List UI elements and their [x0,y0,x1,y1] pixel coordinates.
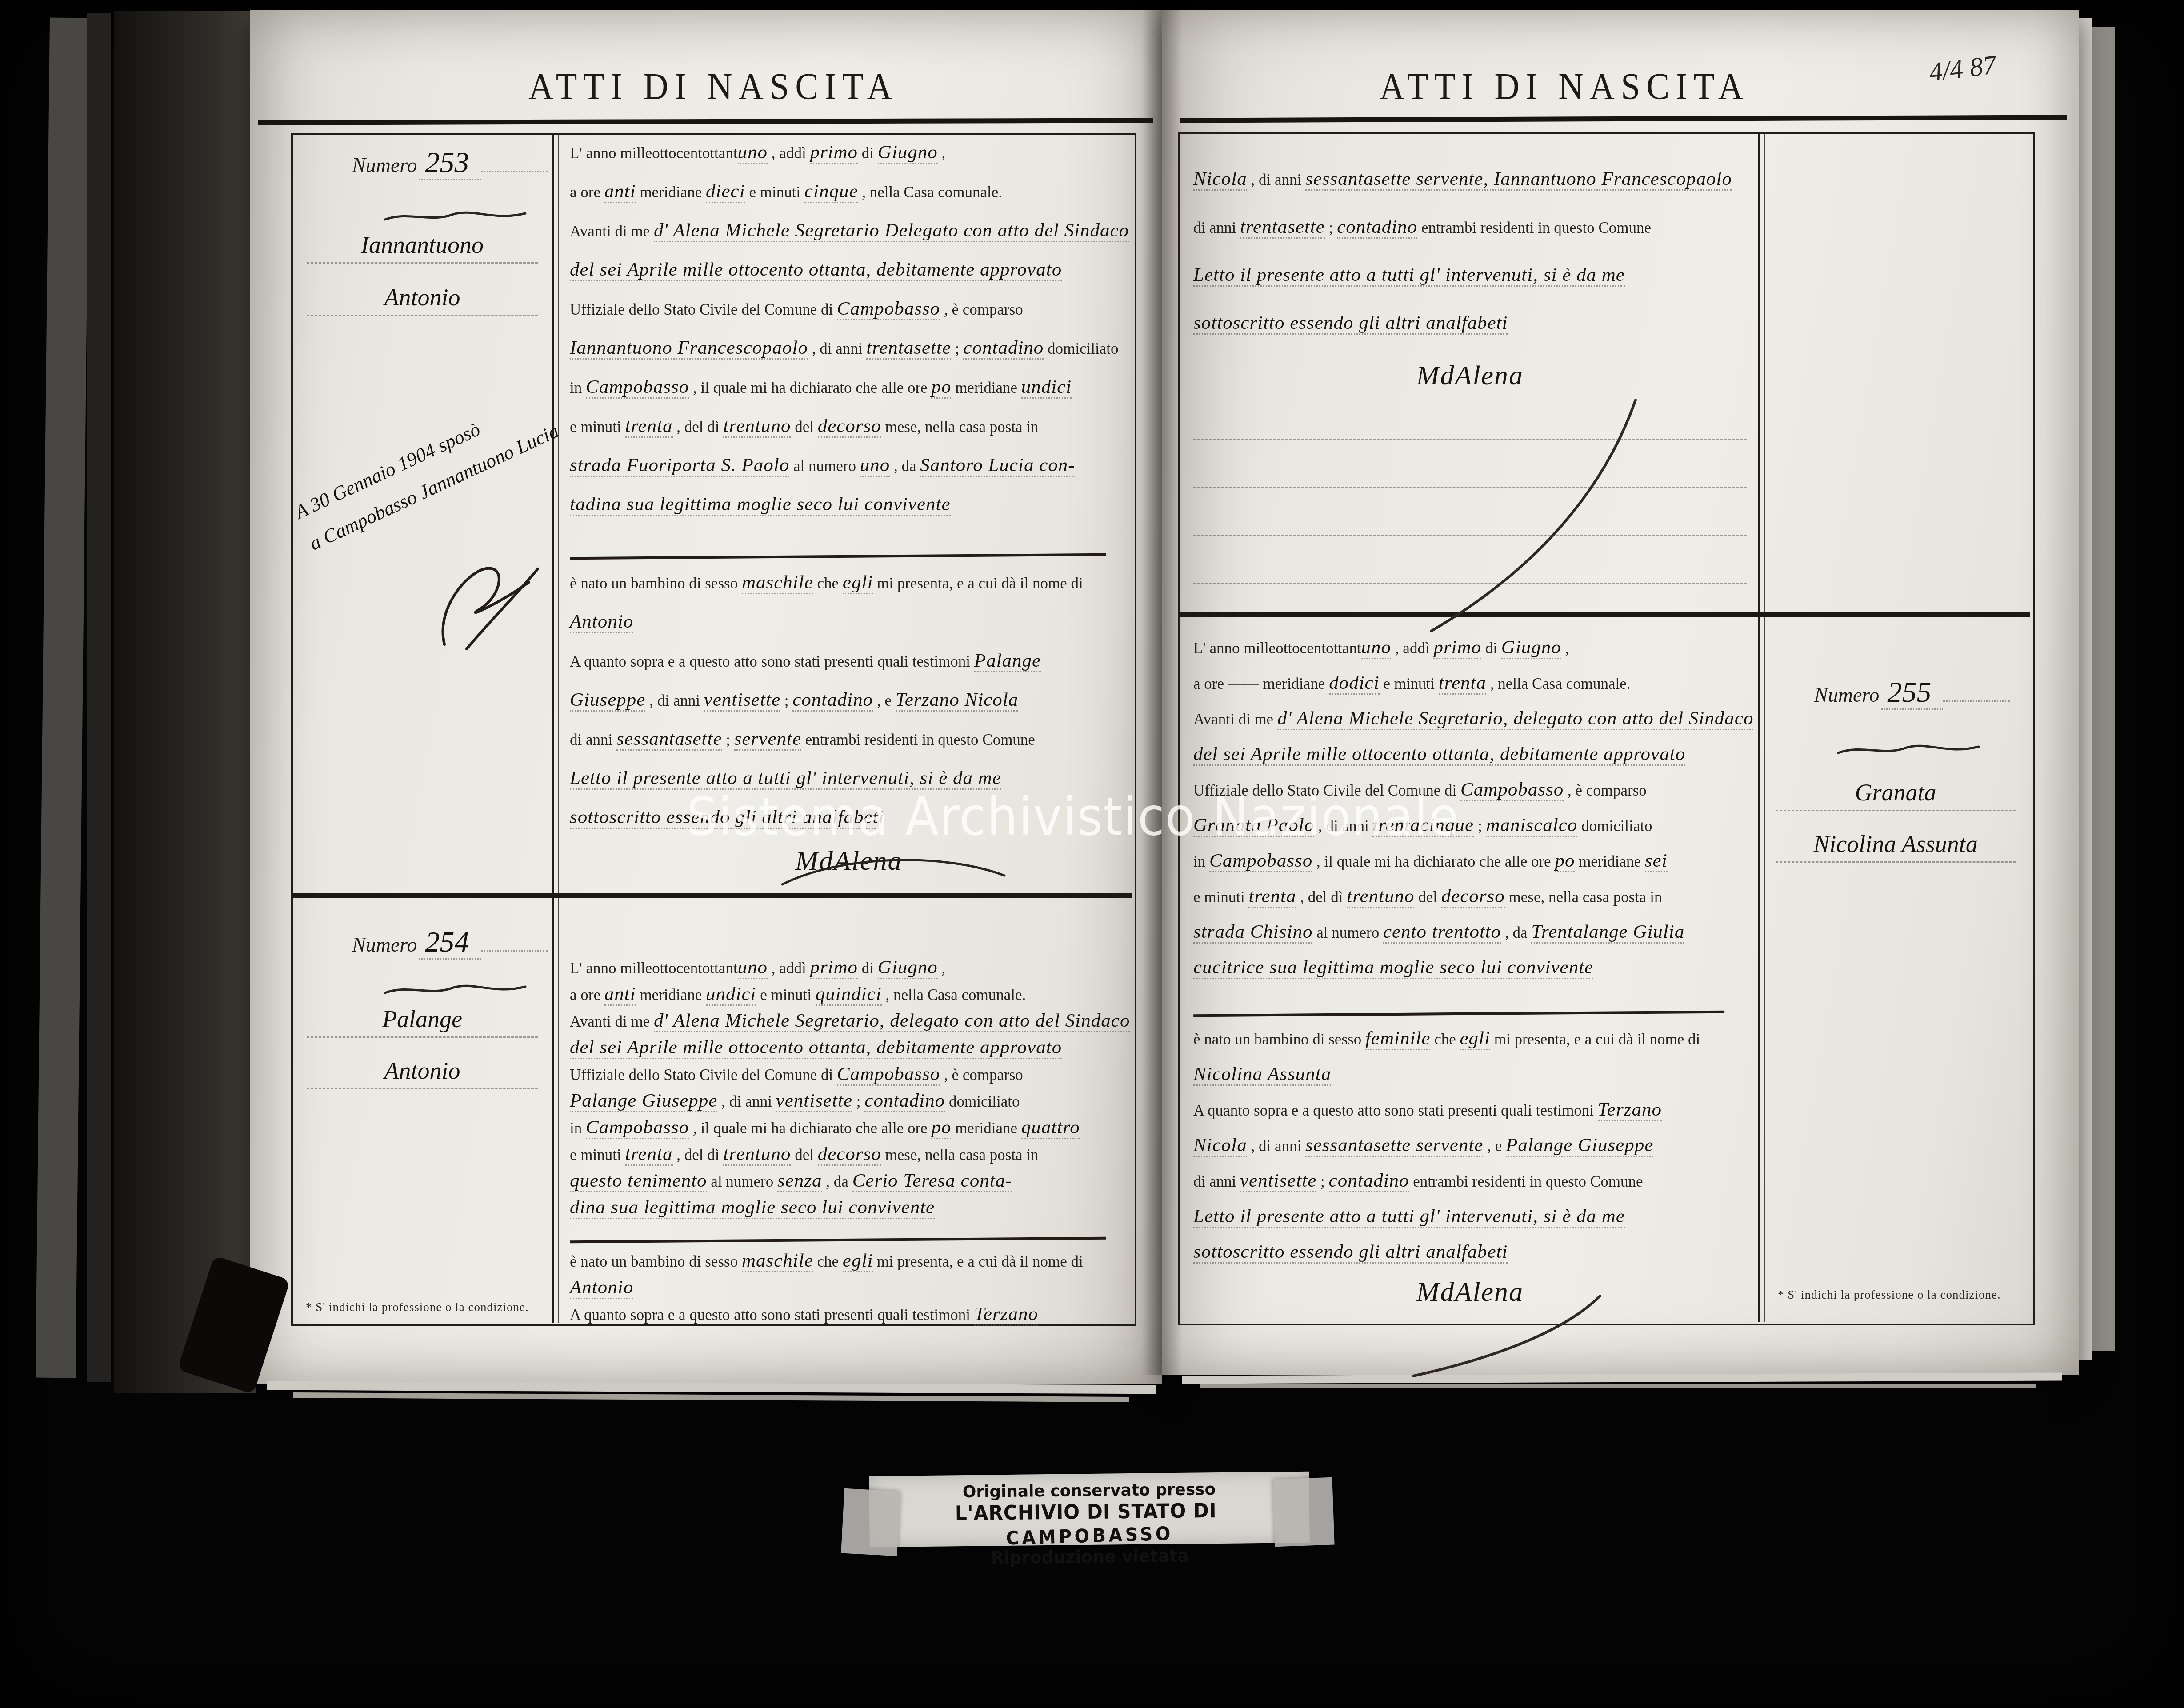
numero-label: Numero [1814,684,1880,706]
printed-form-text: mi presenta, e a cui dà il nome di [873,1253,1083,1270]
printed-form-text: del [791,1146,817,1164]
handwritten-entry: anti [604,181,636,203]
printed-form-text: , [1561,640,1569,657]
tape-piece [1272,1477,1334,1547]
form-line: L' anno milleottocentottantuno , addì pr… [570,141,1128,180]
margin-surname: Iannantuono [307,231,538,264]
printed-form-text: , addì [768,144,810,162]
handwritten-entry: maniscalco [1486,815,1577,837]
printed-form-text: domiciliato [1577,817,1652,835]
handwritten-entry: ventisette [776,1090,852,1112]
printed-form-text: meridiane [636,986,706,1004]
signature-swash [778,844,1009,893]
act-number-row: Numero 254 [352,925,548,959]
printed-form-text: è nato un bambino di sesso [570,575,742,592]
printed-form-text: e minuti [756,986,816,1004]
form-line: cucitrice sua legittima moglie seco lui … [1193,956,1747,992]
handwritten-entry: trentuno [1347,886,1414,908]
handwritten-entry: Campobasso [837,298,940,320]
form-line: di anni sessantasette ; servente entramb… [570,728,1128,767]
handwritten-entry: ventisette [1240,1170,1316,1192]
register-scan: ATTI DI NASCITA ATTI DI NASCITA 4/4 87 N… [0,0,2184,1708]
act-number-row: Numero 253 [352,146,548,180]
handwritten-entry: dina sua legittima moglie seco lui convi… [570,1197,935,1219]
form-line: A quanto sopra e a questo atto sono stat… [570,1303,1128,1330]
printed-form-text: , è comparso [1564,782,1647,799]
handwritten-entry: dieci [706,181,745,203]
handwritten-entry: Letto il presente atto a tutti gl' inter… [1193,1206,1625,1228]
handwritten-entry: dodici [1329,672,1379,695]
printed-form-text: Avanti di me [570,223,654,240]
handwritten-entry: d' Alena Michele Segretario, delegato co… [654,1010,1130,1032]
handwritten-entry: Trentalange Giulia [1531,921,1684,944]
handwritten-entry: maschile [742,1250,813,1272]
printed-form-text: mi presenta, e a cui dà il nome di [873,575,1083,592]
strike-flourish [570,531,1106,560]
page-edge-stack-right [2079,18,2092,1360]
printed-form-text: entrambi residenti in questo Comune [801,731,1035,748]
handwritten-entry: decorso [818,416,881,438]
handwritten-entry: Terzano Nicola [896,689,1018,712]
printed-form-text: ; [951,340,963,357]
handwritten-entry: del sei Aprile mille ottocento ottanta, … [570,1037,1062,1059]
form-line [1193,992,1747,1028]
printed-form-text: al numero [789,457,860,475]
printed-form-text: , da [890,457,920,475]
printed-form-text: meridiane [1575,853,1644,870]
handwritten-entry: Giugno [1501,637,1561,659]
handwritten-entry: trentasette [866,337,951,360]
handwritten-entry: egli [843,572,873,594]
printed-form-text: , [938,144,946,162]
printed-form-text: al numero [707,1173,777,1190]
printed-form-text: , e [1483,1137,1506,1155]
handwritten-entry: primo [1433,637,1481,659]
form-line: a ore anti meridiane undici e minuti qui… [570,983,1128,1010]
form-line: tadina sua legittima moglie seco lui con… [570,493,1128,532]
printed-form-text: , di anni [1247,171,1305,188]
handwritten-entry: undici [1021,376,1072,399]
printed-form-text: è nato un bambino di sesso [1193,1031,1365,1048]
handwritten-entry: trenta [625,1144,672,1166]
printed-form-text: del [1414,888,1441,906]
handwritten-entry: uno [1361,637,1392,659]
form-line: Avanti di me d' Alena Michele Segretario… [570,220,1128,259]
handwritten-entry: trentuno [723,1144,791,1166]
printed-form-text: mi presenta, e a cui dà il nome di [1490,1031,1700,1048]
form-line: è nato un bambino di sesso maschile che … [570,1250,1128,1276]
handwritten-entry: trenta [1439,672,1486,695]
page-edge-stack-left [87,13,111,1382]
handwritten-entry: uno [738,142,768,164]
printed-form-text: che [813,1253,843,1270]
printed-form-text: , di anni [717,1093,776,1110]
form-line: Palange Giuseppe , di anni ventisette ; … [570,1090,1128,1116]
handwritten-entry: sessantasette [616,728,722,751]
printed-form-text: A quanto sopra e a questo atto sono stat… [570,653,974,670]
printed-form-text: meridiane [951,1120,1021,1137]
numero-label: Numero [352,933,417,956]
margin-given-name: Antonio [307,284,538,316]
handwritten-entry: Terzano [974,1304,1038,1326]
handwritten-entry: trenta [1248,886,1296,908]
handwritten-entry: quattro [1021,1117,1080,1139]
form-line: Nicolina Assunta [1193,1063,1747,1099]
margin-surname: Granata [1776,779,2016,811]
printed-form-text: di anni [1193,219,1240,236]
printed-form-text: , di anni [645,692,704,709]
form-line: di anni ventisette ; contadino entrambi … [1193,1170,1747,1205]
printed-form-text: , [938,960,946,977]
label-line: Riproduzione vietata [876,1545,1304,1569]
form-line [570,532,1128,572]
printed-form-text: mese, nella casa posta in [881,418,1039,436]
printed-form-text: A quanto sopra e a questo atto sono stat… [570,1306,974,1324]
archive-label: Originale conservato presso L'ARCHIVIO D… [869,1472,1310,1547]
form-line: Letto il presente atto a tutti gl' inter… [1193,1205,1747,1241]
act-divider-left-page [292,893,1132,898]
handwritten-entry: Nicola [1193,168,1247,191]
handwritten-entry: anti [604,984,636,1006]
printed-form-text: Avanti di me [570,1013,654,1030]
printed-form-text: di anni [1193,1173,1240,1190]
printed-form-text: che [1430,1031,1460,1048]
handwritten-entry: uno [860,455,890,477]
printed-form-text: , e [873,692,896,709]
handwritten-entry: d' Alena Michele Segretario, delegato co… [1277,708,1753,730]
flourish-divider [1836,741,1982,761]
label-printed: L'ARCHIVIO DI STATO DI [955,1499,1217,1525]
handwritten-entry: sessantasette servente, Iannantuono Fran… [1305,168,1732,191]
handwritten-entry: contadino [1329,1170,1409,1192]
annotation-signature-flourish [427,556,560,653]
form-line: in Campobasso , il quale mi ha dichiarat… [570,376,1128,415]
handwritten-entry: sei [1645,850,1668,872]
printed-form-text: ; [1316,1173,1328,1190]
printed-form-text: , il quale mi ha dichiarato che alle ore [689,1120,931,1137]
form-line: strada Chisino al numero cento trentotto… [1193,921,1747,956]
printed-form-text: al numero [1312,924,1383,941]
handwritten-entry: cucitrice sua legittima moglie seco lui … [1193,957,1593,979]
form-line: L' anno milleottocentottantuno , addì pr… [1193,636,1747,672]
printed-form-text: e minuti [570,418,625,436]
handwritten-entry: d' Alena Michele Segretario Delegato con… [654,220,1129,242]
handwritten-entry: ventisette [704,689,780,712]
printed-form-text: Avanti di me [1193,711,1277,728]
archive-watermark: Sistema Archivistico Nazionale [687,786,1460,847]
printed-form-text: ; [1325,219,1337,236]
printed-form-text: di anni [570,731,616,748]
form-line: Avanti di me d' Alena Michele Segretario… [1193,708,1747,743]
printed-form-text: meridiane [951,379,1021,396]
printed-form-text: in [570,379,586,396]
handwritten-entry: Palange Giuseppe [570,1090,717,1112]
printed-form-text: entrambi residenti in questo Comune [1417,219,1651,236]
handwritten-entry: contadino [963,337,1044,360]
form-line: strada Fuoriporta S. Paolo al numero uno… [570,454,1128,493]
printed-form-text: , il quale mi ha dichiarato che alle ore [1312,853,1555,870]
printed-form-text: , è comparso [940,1066,1023,1084]
book-cover-edge [114,11,256,1393]
printed-form-text: , del dì [1296,888,1347,906]
strike-flourish [1193,990,1725,1017]
handwritten-entry: po [931,376,951,399]
handwritten-entry: egli [843,1250,873,1272]
printed-form-text: , del dì [673,1146,724,1164]
handwritten-entry: po [931,1117,951,1139]
printed-form-text: , del dì [673,418,724,436]
printed-form-text: a ore —— meridiane [1193,675,1329,692]
form-line: Uffiziale dello Stato Civile del Comune … [570,1063,1128,1090]
form-line: questo tenimento al numero senza , da Ce… [570,1170,1128,1196]
form-line: Letto il presente atto a tutti gl' inter… [1193,264,1747,312]
column-divider-right-page [1758,132,1765,1322]
form-line: del sei Aprile mille ottocento ottanta, … [570,259,1128,298]
bottom-page-edges [293,1392,1129,1402]
handwritten-entry: tadina sua legittima moglie seco lui con… [570,494,951,516]
printed-form-text: ; [780,692,792,709]
form-line: e minuti trenta , del dì trentuno del de… [1193,885,1747,921]
handwritten-entry: Campobasso [1209,850,1312,872]
form-line: Giuseppe , di anni ventisette ; contadin… [570,689,1128,728]
handwritten-entry: decorso [818,1144,881,1166]
printed-form-text: ; [852,1093,864,1110]
form-line: A quanto sopra e a questo atto sono stat… [1193,1099,1747,1134]
form-line: a ore —— meridiane dodici e minuti trent… [1193,672,1747,708]
printed-form-text: , nella Casa comunale. [882,986,1026,1004]
form-line: Nicola , di anni sessantasette servente … [1193,1134,1747,1170]
printed-form-text: , nella Casa comunale. [858,184,1002,201]
printed-form-text: meridiane [636,184,706,201]
handwritten-entry: Giugno [878,142,938,164]
form-footnote: * S' indichi la professione o la condizi… [1778,1288,2001,1302]
printed-form-text: , addì [768,960,810,977]
form-line: Iannantuono Francescopaolo , di anni tre… [570,337,1128,376]
act-255-body: L' anno milleottocentottantuno , addì pr… [1193,636,1747,1312]
form-line: A quanto sopra e a questo atto sono stat… [570,650,1128,689]
printed-form-text: mese, nella casa posta in [881,1146,1039,1164]
printed-form-text: L' anno milleottocentottant [1193,640,1361,657]
registrar-signature: MdAlena [1416,360,1524,391]
handwritten-entry: trentuno [723,416,791,438]
printed-form-text: a ore [570,986,604,1004]
handwritten-entry: decorso [1441,886,1505,908]
form-line: e minuti trenta , del dì trentuno del de… [570,1143,1128,1170]
printed-form-text: , il quale mi ha dichiarato che alle ore [689,379,931,396]
printed-form-text: L' anno milleottocentottant [570,144,738,162]
form-footnote: * S' indichi la professione o la condizi… [306,1300,529,1314]
act-253-body: L' anno milleottocentottantuno , addì pr… [570,141,1128,884]
printed-form-text: Uffiziale dello Stato Civile del Comune … [570,301,837,318]
handwritten-entry: maschile [742,572,813,594]
form-line: del sei Aprile mille ottocento ottanta, … [570,1036,1128,1063]
dotted-line [1943,681,2010,702]
form-line: a ore anti meridiane dieci e minuti cinq… [570,180,1128,220]
printed-form-text: di [858,960,878,977]
handwritten-entry: Antonio [570,1277,633,1299]
printed-form-text: domiciliato [1044,340,1118,357]
printed-form-text: di [858,144,878,162]
handwritten-entry: Campobasso [1460,779,1564,801]
handwritten-entry: contadino [864,1090,945,1112]
printed-form-text: e minuti [570,1146,625,1164]
handwritten-entry: uno [738,957,768,979]
page-title-left: ATTI DI NASCITA [291,65,1136,108]
printed-form-text: , addì [1391,640,1433,657]
printed-form-text: di [1481,640,1501,657]
handwritten-entry: egli [1460,1028,1490,1050]
form-line [570,1223,1128,1250]
printed-form-text: , da [822,1173,852,1190]
handwritten-entry: Palange [974,650,1041,672]
page-title-right: ATTI DI NASCITA [1178,65,1951,108]
handwritten-entry: Palange Giuseppe [1506,1135,1653,1157]
printed-form-text: ; [722,731,734,748]
printed-form-text: , di anni [808,340,866,357]
handwritten-entry: sessantasette servente [1305,1135,1484,1157]
printed-form-text: , nella Casa comunale. [1486,675,1631,692]
handwritten-entry: cento trentotto [1383,921,1501,944]
margin-given-name: Antonio [307,1057,538,1089]
label-line: L'ARCHIVIO DI STATO DI CAMPOBASSO [883,1498,1297,1549]
form-line: in Campobasso , il quale mi ha dichiarat… [570,1116,1128,1143]
margin-surname: Palange [307,1005,538,1038]
handwritten-entry: contadino [1337,216,1417,239]
printed-form-text: a ore [570,184,604,201]
printed-form-text: A quanto sopra e a questo atto sono stat… [1193,1102,1598,1119]
handwritten-entry: Campobasso [586,376,689,399]
handwritten-entry: Santoro Lucia con- [920,455,1075,477]
form-line: dina sua legittima moglie seco lui convi… [570,1196,1128,1223]
printed-form-text: in [570,1120,586,1137]
flourish-divider [382,208,529,228]
handwritten-entry: Cerio Teresa conta- [852,1170,1012,1192]
handwritten-entry: primo [810,957,858,979]
printed-form-text: , da [1501,924,1531,941]
handwritten-entry: undici [706,984,756,1006]
form-line: è nato un bambino di sesso feminile che … [1193,1028,1747,1063]
strike-flourish [570,1221,1106,1243]
handwritten-entry: del sei Aprile mille ottocento ottanta, … [570,259,1062,281]
printed-form-text: mese, nella casa posta in [1505,888,1662,906]
handwritten-entry: feminile [1365,1028,1431,1050]
handwritten-entry: Giuseppe [570,689,645,712]
printed-form-text: e minuti [1380,675,1439,692]
handwritten-entry: trentasette [1240,216,1325,239]
form-line: Nicola , di anni sessantasette servente,… [1193,168,1747,216]
flourish-divider [382,981,529,1001]
margin-given-name: Nicolina Assunta [1776,830,2016,863]
act-number: 254 [419,926,481,960]
book-gutter [1142,10,1182,1375]
handwritten-entry: Letto il presente atto a tutti gl' inter… [1193,264,1625,287]
signature-swash [1404,1292,1609,1380]
form-line: del sei Aprile mille ottocento ottanta, … [1193,743,1747,779]
handwritten-entry: Giugno [878,957,938,979]
handwritten-entry: Terzano [1598,1099,1662,1121]
handwritten-entry: Nicola [1193,1135,1247,1157]
handwritten-entry: servente [734,728,801,751]
handwritten-entry: Campobasso [837,1064,940,1086]
handwritten-entry: questo tenimento [570,1170,707,1192]
form-line: sottoscritto essendo gli altri analfabet… [1193,312,1747,360]
act-254-body: L' anno milleottocentottantuno , addì pr… [570,956,1128,1330]
printed-form-text: e minuti [1193,888,1248,906]
handwritten-entry: del sei Aprile mille ottocento ottanta, … [1193,744,1685,766]
form-line: Antonio [570,1276,1128,1303]
form-line: Antonio [570,611,1128,650]
printed-form-text: L' anno milleottocentottant [570,960,738,977]
printed-form-text: ; [1474,817,1486,835]
handwritten-entry: Nicolina Assunta [1193,1064,1331,1086]
dotted-line [481,931,548,952]
act-number: 253 [419,146,481,180]
printed-form-text: del [791,418,817,436]
page-edge-stack-right [2092,27,2115,1351]
form-line: sottoscritto essendo gli altri analfabet… [1193,1241,1747,1276]
handwritten-entry: contadino [792,689,873,712]
label-handwritten-city: CAMPOBASSO [1006,1523,1174,1549]
handwritten-entry: cinque [804,181,858,203]
dotted-line [481,151,548,172]
handwritten-entry: Iannantuono Francescopaolo [570,337,808,360]
printed-form-text: in [1193,853,1209,870]
form-line: di anni trentasette ; contadino entrambi… [1193,216,1747,264]
form-line: in Campobasso , il quale mi ha dichiarat… [1193,850,1747,885]
printed-form-text: entrambi residenti in questo Comune [1409,1173,1643,1190]
form-line: e minuti trenta , del dì trentuno del de… [570,415,1128,454]
handwritten-entry: Campobasso [586,1117,689,1139]
numero-label: Numero [352,154,417,176]
column-divider-left-page [552,133,559,1323]
form-line: è nato un bambino di sesso maschile che … [570,572,1128,611]
printed-form-text: Uffiziale dello Stato Civile del Comune … [570,1066,837,1084]
page-edge-stack-left [36,18,90,1378]
printed-form-text: domiciliato [945,1093,1020,1110]
printed-form-text: , è comparso [940,301,1023,318]
handwritten-entry: trenta [625,416,672,438]
printed-form-text: è nato un bambino di sesso [570,1253,742,1270]
act-number: 255 [1881,676,1943,710]
act-number-row: Numero 255 [1814,676,2010,709]
handwritten-entry: strada Chisino [1193,921,1312,944]
printed-form-text: e minuti [745,184,804,201]
printed-form-text: , di anni [1247,1137,1305,1155]
bottom-page-edges [1200,1384,2036,1388]
handwritten-entry: po [1555,850,1575,872]
handwritten-entry: sottoscritto essendo gli altri analfabet… [1193,1241,1508,1264]
handwritten-entry: quindici [816,984,882,1006]
form-line: Uffiziale dello Stato Civile del Comune … [570,298,1128,337]
printed-form-text: che [813,575,843,592]
handwritten-entry: Antonio [570,611,633,633]
form-line: L' anno milleottocentottantuno , addì pr… [570,956,1128,983]
handwritten-entry: senza [777,1170,822,1192]
handwritten-entry: strada Fuoriporta S. Paolo [570,455,789,477]
handwritten-entry: sottoscritto essendo gli altri analfabet… [1193,312,1508,335]
tape-piece [841,1488,900,1556]
form-line: Avanti di me d' Alena Michele Segretario… [570,1010,1128,1036]
handwritten-entry: primo [810,142,858,164]
signature-swash [1413,391,1644,640]
